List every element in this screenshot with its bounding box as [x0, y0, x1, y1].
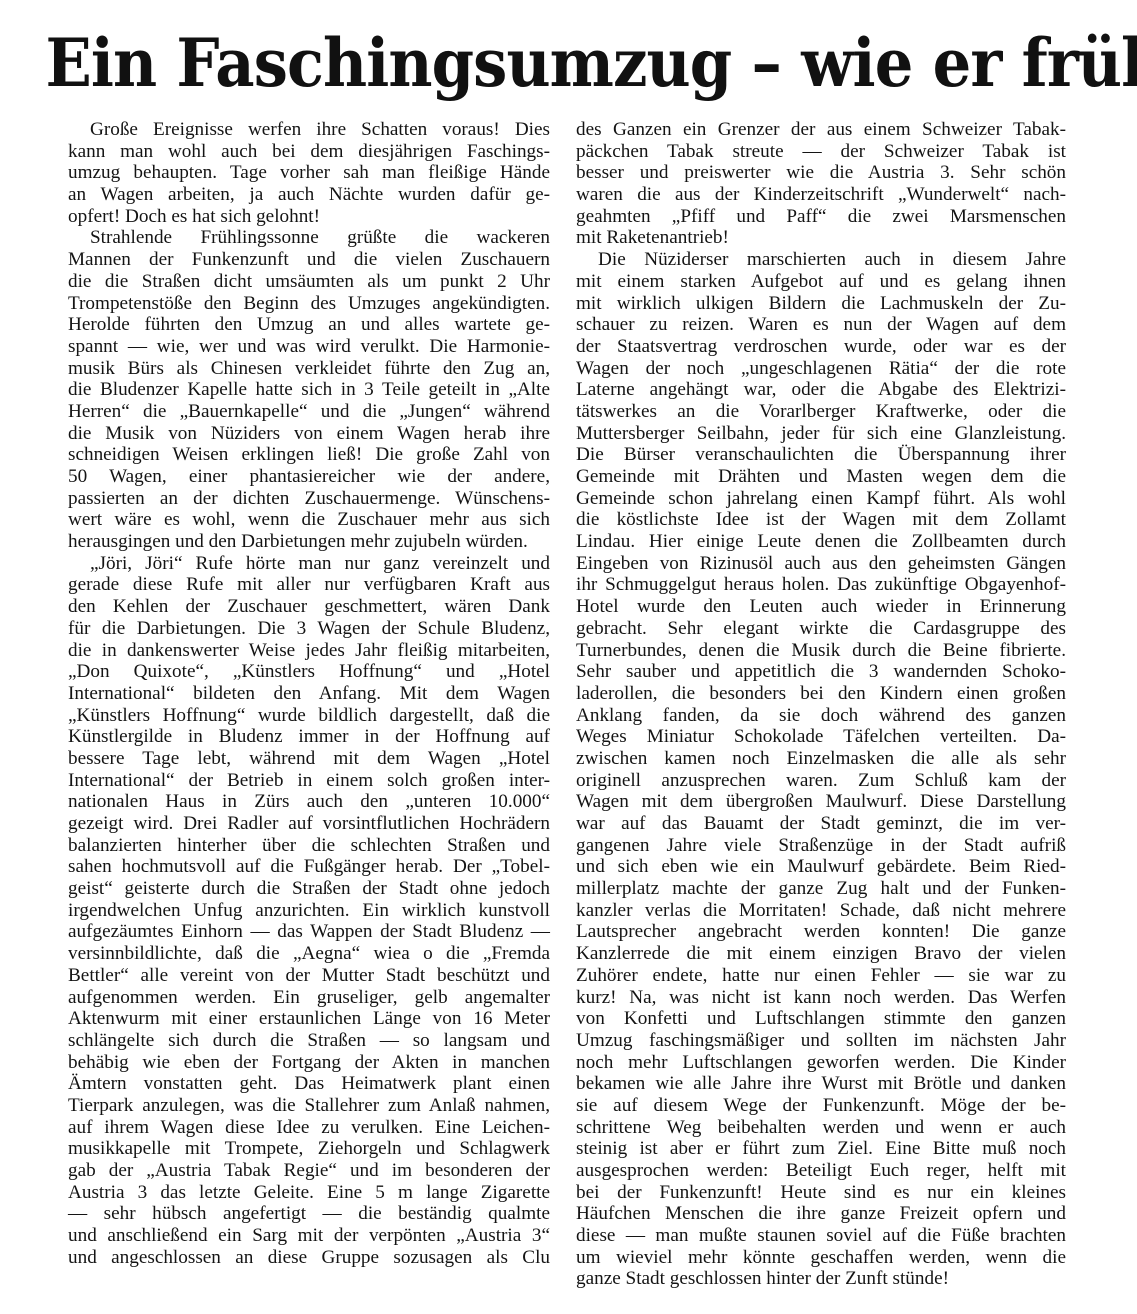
article-text-line: gangenen Jahre viele Straßenzüge in der … — [576, 835, 1066, 857]
article-text-line: Strahlende Frühlingssonne grüßte die wac… — [68, 227, 550, 249]
article-text-line: geist“ geisterte durch die Straßen der S… — [68, 878, 550, 900]
article-text-line: Gemeinde mit Drähten und Masten wegen de… — [576, 466, 1066, 488]
article-text-line: Lindau. Hier einige Leute denen die Zoll… — [576, 531, 1066, 553]
article-text-line: aufgezäumtes Einhorn — das Wappen der St… — [68, 921, 550, 943]
article-text-line: irgendwelchen Unfug anzurichten. Ein wir… — [68, 900, 550, 922]
article-text-line: schlängelte sich durch die Straßen — so … — [68, 1030, 550, 1052]
article-text-line: und angeschlossen an diese Gruppe sozusa… — [68, 1247, 550, 1269]
article-headline: Ein Faschingsumzug – wie er früher war! — [45, 18, 1091, 108]
article-text-line: gerade diese Rufe mit aller nur verfügba… — [68, 574, 550, 596]
article-text-line: steinig ist aber er führt zum Ziel. Eine… — [576, 1138, 1066, 1160]
article-text-line: und sich eben wie ein Maulwurf gebärdete… — [576, 856, 1066, 878]
article-text-line: Die Bürser veranschaulichten die Überspa… — [576, 444, 1066, 466]
article-text-line: herausgingen und den Darbietungen mehr z… — [68, 531, 550, 553]
article-text-line: millerplatz machte der ganze Zug halt un… — [576, 878, 1066, 900]
article-text-line: bekamen wie alle Jahre ihre Wurst mit Br… — [576, 1073, 1066, 1095]
article-text-line: musik Bürs als Chinesen verkleidet führt… — [68, 358, 550, 380]
article-text-line: bei der Funkenzunft! Heute sind es nur e… — [576, 1182, 1066, 1204]
article-text-line: laderollen, die besonders bei den Kinder… — [576, 683, 1066, 705]
article-text-line: Aktenwurm mit einer erstaunlichen Länge … — [68, 1008, 550, 1030]
article-text-line: geahmten „Pfiff und Paff“ die zwei Marsm… — [576, 206, 1066, 228]
article-text-line: Künstlergilde in Bludenz immer in der Ho… — [68, 726, 550, 748]
article-text-line: „Künstlers Hoffnung“ wurde bildlich darg… — [68, 705, 550, 727]
article-text-line: gab der „Austria Tabak Regie“ und im bes… — [68, 1160, 550, 1182]
article-text-line: Die Nüziderser marschierten auch in dies… — [576, 249, 1066, 271]
article-text-line: ihr Schmuggelgut heraus holen. Das zukün… — [576, 574, 1066, 596]
article-text-line: gebracht. Sehr elegant wirkte die Cardas… — [576, 618, 1066, 640]
article-text-line: Gemeinde schon jahrelang einen Kampf füh… — [576, 488, 1066, 510]
article-column-left: Große Ereignisse werfen ihre Schatten vo… — [68, 119, 550, 1268]
article-text-line: Lautsprecher angebracht werden konnten! … — [576, 921, 1066, 943]
article-text-line: Eingeben von Rizinusöl auch aus den gehe… — [576, 553, 1066, 575]
article-text-line: Anklang fanden, da sie doch während des … — [576, 705, 1066, 727]
article-text-line: sie auf diesem Wege der Funkenzunft. Mög… — [576, 1095, 1066, 1117]
article-text-line: noch mehr Luftschlangen geworfen werden.… — [576, 1052, 1066, 1074]
article-text-line: International“ bildeten den Anfang. Mit … — [68, 683, 550, 705]
article-text-line: Sehr sauber und appetitlich die 3 wander… — [576, 661, 1066, 683]
article-text-line: den Kehlen der Zuschauer geschmettert, w… — [68, 596, 550, 618]
article-text-line: Große Ereignisse werfen ihre Schatten vo… — [68, 119, 550, 141]
article-text-line: opfert! Doch es hat sich gelohnt! — [68, 206, 550, 228]
article-text-line: war auf das Bauamt der Stadt geminzt, di… — [576, 813, 1066, 835]
article-text-line: passierten an der dichten Zuschauermenge… — [68, 488, 550, 510]
article-text-line: Herolde führten den Umzug an und alles w… — [68, 314, 550, 336]
article-text-line: Häufchen Menschen die ihre ganze Freizei… — [576, 1203, 1066, 1225]
article-text-line: behäbig wie eben der Fortgang der Akten … — [68, 1052, 550, 1074]
article-text-line: Trompetenstöße den Beginn des Umzuges an… — [68, 293, 550, 315]
article-text-line: an Wagen arbeiten, ja auch Nächte wurden… — [68, 184, 550, 206]
article-text-line: päckchen Tabak streute — der Schweizer T… — [576, 141, 1066, 163]
article-text-line: Wagen mit dem übergroßen Maulwurf. Diese… — [576, 791, 1066, 813]
article-column-right: des Ganzen ein Grenzer der aus einem Sch… — [576, 119, 1066, 1290]
article-text-line: von Konfetti und Luftschlangen stimmte d… — [576, 1008, 1066, 1030]
article-text-line: balanzierten hinterher über die schlecht… — [68, 835, 550, 857]
article-text-line: schauer zu reizen. Waren es nun der Wage… — [576, 314, 1066, 336]
article-text-line: Herren“ die „Bauernkapelle“ und die „Jun… — [68, 401, 550, 423]
article-text-line: waren die aus der Kinderzeitschrift „Wun… — [576, 184, 1066, 206]
article-text-line: die Bludenzer Kapelle hatte sich in 3 Te… — [68, 379, 550, 401]
article-text-line: ganze Stadt geschlossen hinter der Zunft… — [576, 1268, 1066, 1290]
article-text-line: Laterne angehängt war, oder die Abgabe d… — [576, 379, 1066, 401]
article-text-line: zwischen kamen noch Einzelmasken die all… — [576, 748, 1066, 770]
article-text-line: diese — man mußte staunen soviel auf die… — [576, 1225, 1066, 1247]
article-text-line: International“ der Betrieb in einem solc… — [68, 770, 550, 792]
article-text-line: Wagen der noch „ungeschlagenen Rätia“ de… — [576, 358, 1066, 380]
article-text-line: bessere Tage lebt, während mit dem Wagen… — [68, 748, 550, 770]
article-text-line: Zuhörer endete, hatte nur einen Fehler —… — [576, 965, 1066, 987]
article-text-line: und anschließend ein Sarg mit der verpön… — [68, 1225, 550, 1247]
article-text-line: gezeigt wird. Drei Radler auf vorsintflu… — [68, 813, 550, 835]
article-text-line: nationalen Haus in Zürs auch den „untere… — [68, 791, 550, 813]
article-text-line: Weges Miniatur Schokolade Täfelchen vert… — [576, 726, 1066, 748]
article-text-line: auf ihrem Wagen diese Idee zu verulken. … — [68, 1117, 550, 1139]
article-text-line: Mannen der Funkenzunft und die vielen Zu… — [68, 249, 550, 271]
article-text-line: Hotel wurde den Leuten auch wieder in Er… — [576, 596, 1066, 618]
article-text-line: mit einem starken Aufgebot auf und es ge… — [576, 271, 1066, 293]
article-text-line: um wieviel mehr könnte geschaffen werden… — [576, 1247, 1066, 1269]
article-text-line: der Staatsvertrag verdroschen wurde, ode… — [576, 336, 1066, 358]
article-text-line: die Musik von Nüziders von einem Wagen h… — [68, 423, 550, 445]
article-text-line: die köstlichste Idee ist der Wagen mit d… — [576, 509, 1066, 531]
article-text-line: die die Straßen dicht umsäumten als um p… — [68, 271, 550, 293]
article-text-line: kanzler verlas die Morritaten! Schade, d… — [576, 900, 1066, 922]
article-text-line: umzug behaupten. Tage vorher sah man fle… — [68, 162, 550, 184]
article-text-line: ausgesprochen werden: Beteiligt Euch reg… — [576, 1160, 1066, 1182]
article-text-line: Ämtern vonstatten geht. Das Heimatwerk p… — [68, 1073, 550, 1095]
article-text-line: kann man wohl auch bei dem diesjährigen … — [68, 141, 550, 163]
article-text-line: sahen hochmutsvoll auf die Fußgänger her… — [68, 856, 550, 878]
article-text-line: musikkapelle mit Trompete, Ziehorgeln un… — [68, 1138, 550, 1160]
article-text-line: für die Darbietungen. Die 3 Wagen der Sc… — [68, 618, 550, 640]
article-text-line: Turnerbundes, denen die Musik durch die … — [576, 640, 1066, 662]
article-text-line: mit wirklich ulkigen Bildern die Lachmus… — [576, 293, 1066, 315]
article-text-line: Umzug faschingsmäßiger und sollten im nä… — [576, 1030, 1066, 1052]
article-text-line: Bettler“ alle vereint von der Mutter Sta… — [68, 965, 550, 987]
article-text-line: kurz! Na, was nicht ist kann noch werden… — [576, 987, 1066, 1009]
article-text-line: „Jöri, Jöri“ Rufe hörte man nur ganz ver… — [68, 553, 550, 575]
article-text-line: schneidigen Weisen erklingen ließ! Die g… — [68, 444, 550, 466]
article-text-line: spannt — wie, wer und was wird verulkt. … — [68, 336, 550, 358]
article-text-line: die in dankenswerter Weise jedes Jahr fl… — [68, 640, 550, 662]
article-text-line: Tierpark anzulegen, was die Stallehrer z… — [68, 1095, 550, 1117]
article-text-line: 50 Wagen, einer phantasiereicher wie der… — [68, 466, 550, 488]
article-text-line: aufgenommen werden. Ein gruseliger, gelb… — [68, 987, 550, 1009]
article-text-line: tätswerkes an die Vorarlberger Kraftwerk… — [576, 401, 1066, 423]
article-text-line: schrittene Weg beibehalten werden und we… — [576, 1117, 1066, 1139]
article-text-line: wert wäre es wohl, wenn die Zuschauer me… — [68, 509, 550, 531]
article-text-line: Austria 3 das letzte Geleite. Eine 5 m l… — [68, 1182, 550, 1204]
article-text-line: mit Raketenantrieb! — [576, 227, 1066, 249]
article-text-line: originell anzusprechen waren. Zum Schluß… — [576, 770, 1066, 792]
article-text-line: besser und preiswerter wie die Austria 3… — [576, 162, 1066, 184]
article-text-line: „Don Quixote“, „Künstlers Hoffnung“ und … — [68, 661, 550, 683]
article-text-line: versinnbildlichte, daß die „Aegna“ wiea … — [68, 943, 550, 965]
article-text-line: Kanzlerrede die mit einem einzigen Bravo… — [576, 943, 1066, 965]
article-text-line: — sehr hübsch angefertigt — die beständi… — [68, 1203, 550, 1225]
article-text-line: des Ganzen ein Grenzer der aus einem Sch… — [576, 119, 1066, 141]
article-text-line: Muttersberger Seilbahn, jeder für sich e… — [576, 423, 1066, 445]
